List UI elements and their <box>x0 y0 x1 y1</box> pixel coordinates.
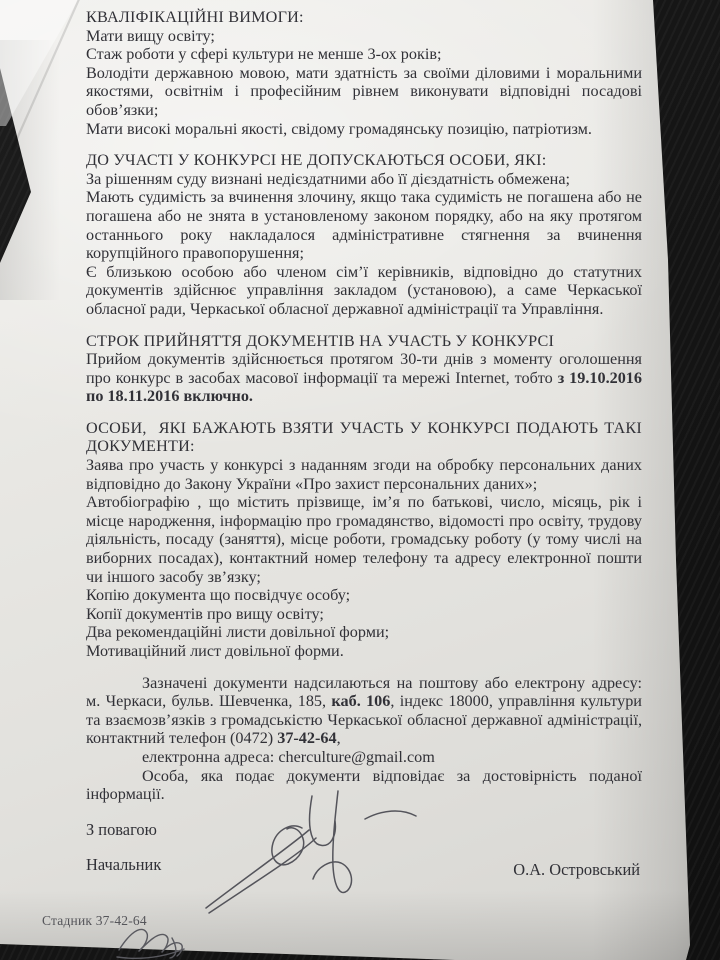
section-heading: КВАЛІФІКАЦІЙНІ ВИМОГИ: <box>86 8 642 27</box>
text: Мотиваційний лист довільної форми. <box>86 642 344 660</box>
paragraph: За рішенням суду визнані недієздатними а… <box>86 170 642 189</box>
paragraph: Автобіографію , що містить прізвище, ім’… <box>86 493 642 586</box>
paragraph: Заява про участь у конкурсі з наданням з… <box>86 456 642 493</box>
text: Автобіографію , що містить прізвище, ім’… <box>86 493 642 585</box>
text: Є близькою особою або членом сім’ї керів… <box>86 263 642 318</box>
text: Мати вищу освіту; <box>86 27 215 45</box>
text: Два рекомендаційні листи довільної форми… <box>86 623 389 641</box>
doc-section-3: ОСОБИ, ЯКІ БАЖАЮТЬ ВЗЯТИ УЧАСТЬ У КОНКУР… <box>86 419 642 661</box>
text: Копії документів про вищу освіту; <box>86 605 324 623</box>
text: Володіти державною мовою, мати здатність… <box>86 64 642 119</box>
executor-note: Стадник 37-42-64 <box>42 913 147 929</box>
text: Мають судимість за вчинення злочину, якщ… <box>86 188 642 262</box>
signatory-name: О.А. Островський <box>513 860 640 880</box>
doc-section-4: Зазначені документи надсилаються на пошт… <box>86 674 642 804</box>
text: електронна адреса: cherculture@gmail.com <box>142 748 435 766</box>
paragraph: Мати вищу освіту; <box>86 27 642 46</box>
paragraph: Особа, яка подає документи відповідає за… <box>86 767 642 804</box>
paper-sheet: КВАЛІФІКАЦІЙНІ ВИМОГИ:Мати вищу освіту;С… <box>0 0 720 960</box>
paragraph: Стаж роботи у сфері культури не менше 3-… <box>86 45 642 64</box>
paragraph: Мотиваційний лист довільної форми. <box>86 642 642 661</box>
paragraph: Прийом документів здійснюється протягом … <box>86 350 642 406</box>
doc-section-0: КВАЛІФІКАЦІЙНІ ВИМОГИ:Мати вищу освіту;С… <box>86 8 642 138</box>
bold-text: каб. 106 <box>331 692 390 710</box>
closing-block: З повагою Начальник О.А. Островський <box>86 820 640 880</box>
text: За рішенням суду визнані недієздатними а… <box>86 170 570 188</box>
paragraph: електронна адреса: cherculture@gmail.com <box>86 748 642 767</box>
paragraph: Копію документа що посвідчує особу; <box>86 586 642 605</box>
doc-section-2: СТРОК ПРИЙНЯТТЯ ДОКУМЕНТІВ НА УЧАСТЬ У К… <box>86 332 642 406</box>
section-heading: ОСОБИ, ЯКІ БАЖАЮТЬ ВЗЯТИ УЧАСТЬ У КОНКУР… <box>86 419 642 456</box>
paragraph: Є близькою особою або членом сім’ї керів… <box>86 263 642 319</box>
document-sections: КВАЛІФІКАЦІЙНІ ВИМОГИ:Мати вищу освіту;С… <box>86 8 642 804</box>
paragraph: Володіти державною мовою, мати здатність… <box>86 64 642 120</box>
text: , <box>337 729 341 747</box>
text: Копію документа що посвідчує особу; <box>86 586 350 604</box>
closing-title: Начальник <box>86 855 161 880</box>
paragraph: Копії документів про вищу освіту; <box>86 605 642 624</box>
bold-text: 37-42-64 <box>277 729 336 747</box>
text: Мати високі моральні якості, свідому гро… <box>86 120 592 138</box>
text: Стаж роботи у сфері культури не менше 3-… <box>86 45 442 63</box>
section-heading: СТРОК ПРИЙНЯТТЯ ДОКУМЕНТІВ НА УЧАСТЬ У К… <box>86 332 642 351</box>
section-heading: ДО УЧАСТІ У КОНКУРСІ НЕ ДОПУСКАЮТЬСЯ ОСО… <box>86 151 642 170</box>
text: Особа, яка подає документи відповідає за… <box>86 767 642 804</box>
paragraph: Мають судимість за вчинення злочину, якщ… <box>86 188 642 262</box>
text: Заява про участь у конкурсі з наданням з… <box>86 456 642 493</box>
paragraph: Зазначені документи надсилаються на пошт… <box>86 674 642 748</box>
paragraph: Мати високі моральні якості, свідому гро… <box>86 120 642 139</box>
doc-section-1: ДО УЧАСТІ У КОНКУРСІ НЕ ДОПУСКАЮТЬСЯ ОСО… <box>86 151 642 318</box>
paragraph: Два рекомендаційні листи довільної форми… <box>86 623 642 642</box>
closing-regards: З повагою <box>86 820 640 840</box>
